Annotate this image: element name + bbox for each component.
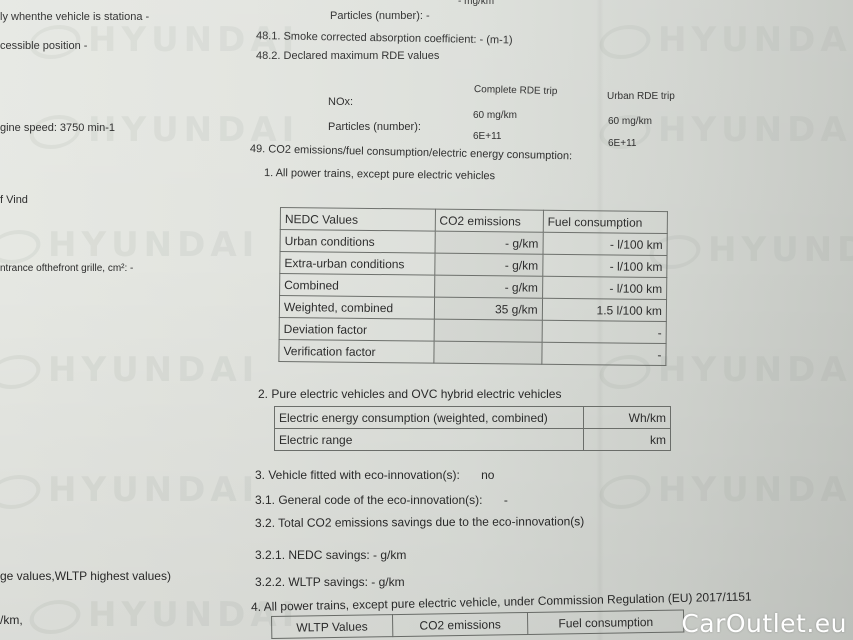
left-text-line: cessible position - <box>0 40 87 52</box>
table-header-cell: NEDC Values <box>280 208 435 232</box>
watermark-logo: HYUNDAI <box>0 350 259 390</box>
table-cell: - l/100 km <box>543 232 667 255</box>
table-row: Verification factor- <box>279 339 666 365</box>
electric-heading: 2. Pure electric vehicles and OVC hybrid… <box>258 387 561 401</box>
left-text-line: /km, <box>0 613 23 627</box>
watermark-logo: HYUNDAI <box>0 470 259 510</box>
wltp-table: WLTP ValuesCO2 emissionsFuel consumption <box>271 610 684 639</box>
table-cell: - g/km <box>435 231 543 254</box>
site-watermark: CarOutlet.eu <box>681 609 847 638</box>
table-cell: Extra-urban conditions <box>280 252 435 276</box>
cut-line: - mg/km <box>458 0 494 7</box>
table-cell: Electric range <box>275 429 584 451</box>
table-header-cell: CO2 emissions <box>392 612 528 636</box>
rde-particles-complete: 6E+11 <box>473 131 501 142</box>
item-3-2-1: 3.2.1. NEDC savings: - g/km <box>255 548 406 562</box>
item-3: 3. Vehicle fitted with eco-innovation(s)… <box>255 468 494 482</box>
table-cell: 35 g/km <box>434 297 542 320</box>
item-48-2: 48.2. Declared maximum RDE values <box>256 50 439 62</box>
watermark-logo: HYUNDAI <box>650 230 853 270</box>
table-cell: Verification factor <box>279 339 434 363</box>
item-3-value: no <box>481 468 494 482</box>
table-cell: Deviation factor <box>279 317 434 341</box>
table-cell: - <box>542 342 666 365</box>
item-3-1: 3.1. General code of the eco-innovation(… <box>255 493 508 507</box>
left-text-line: ly whenthe vehicle is stationa - <box>0 11 149 23</box>
item-49: 49. CO2 emissions/fuel consumption/elect… <box>250 143 572 162</box>
item-48-1: 48.1. Smoke corrected absorption coeffic… <box>256 30 513 46</box>
table-header-cell: Fuel consumption <box>528 610 684 634</box>
table-cell: Wh/km <box>584 407 671 429</box>
table-cell: Electric energy consumption (weighted, c… <box>275 407 584 429</box>
rde-col-urban: Urban RDE trip <box>607 91 675 102</box>
table-header-cell: WLTP Values <box>272 615 393 639</box>
table-cell: - l/100 km <box>542 276 666 299</box>
table-cell: Weighted, combined <box>279 296 434 320</box>
table-header-cell: CO2 emissions <box>435 209 543 232</box>
item-3-2-2: 3.2.2. WLTP savings: - g/km <box>255 575 405 589</box>
table-cell: - g/km <box>434 275 542 298</box>
table-cell: - g/km <box>434 253 542 276</box>
rde-particles-urban: 6E+11 <box>608 138 636 149</box>
rde-particles-label: Particles (number): <box>328 121 421 133</box>
table-cell: Combined <box>280 274 435 298</box>
left-text-line: ntrance ofthefront grille, cm²: - <box>0 263 133 274</box>
watermark-logo: HYUNDAI <box>0 225 259 265</box>
table-cell: km <box>584 429 671 451</box>
table-cell <box>433 341 541 364</box>
rde-nox-complete: 60 mg/km <box>473 110 517 121</box>
item-49-1: 1. All power trains, except pure electri… <box>264 167 495 182</box>
electric-table: Electric energy consumption (weighted, c… <box>274 406 671 451</box>
left-text-line: ge values,WLTP highest values) <box>0 569 171 583</box>
table-cell: Urban conditions <box>280 230 435 254</box>
table-row: Electric rangekm <box>275 429 671 451</box>
table-row: Electric energy consumption (weighted, c… <box>275 407 671 429</box>
item-3-label: 3. Vehicle fitted with eco-innovation(s)… <box>255 468 460 482</box>
table-header-cell: Fuel consumption <box>543 210 667 233</box>
table-cell: - l/100 km <box>543 254 667 277</box>
table-cell: - <box>542 320 666 343</box>
watermark-logo: HYUNDAI <box>600 20 853 60</box>
table-cell <box>434 319 542 342</box>
item-3-1-label: 3.1. General code of the eco-innovation(… <box>255 493 482 507</box>
rde-nox-urban: 60 mg/km <box>608 116 652 127</box>
left-text-line: f Vind <box>0 194 28 206</box>
table-cell: 1.5 l/100 km <box>542 298 666 321</box>
item-3-2: 3.2. Total CO2 emissions savings due to … <box>255 514 584 530</box>
table-header-row: WLTP ValuesCO2 emissionsFuel consumption <box>272 610 684 638</box>
rde-nox-label: NOx: <box>328 96 353 108</box>
left-text-line: gine speed: 3750 min-1 <box>0 122 115 134</box>
particles-top: Particles (number): - <box>330 10 430 22</box>
rde-col-complete: Complete RDE trip <box>474 84 558 97</box>
nedc-table: NEDC ValuesCO2 emissionsFuel consumption… <box>278 207 668 366</box>
item-3-1-value: - <box>504 493 508 507</box>
watermark-logo: HYUNDAI <box>600 470 853 510</box>
